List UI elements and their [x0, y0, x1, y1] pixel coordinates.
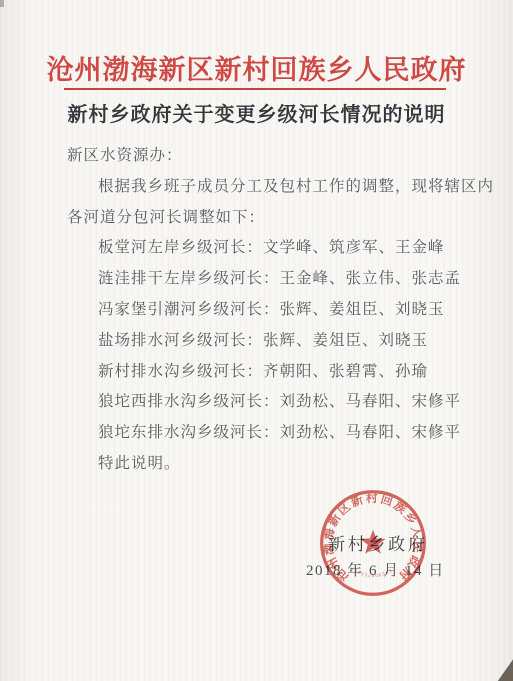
- scan-corner-mark-top-left: [0, 0, 4, 7]
- document-body: 新区水资源办： 根据我乡班子成员分工及包村工作的调整，现将辖区内 各河道分包河长…: [67, 141, 459, 480]
- scan-corner-mark-bottom-right: [497, 651, 513, 681]
- seal-star-icon: [360, 530, 385, 554]
- scanned-document-page: 沧州渤海新区新村回族乡人民政府 新村乡政府关于变更乡级河长情况的说明 新区水资源…: [0, 0, 513, 681]
- assignment-line: 涟洼排干左岸乡级河长：王金峰、张立伟、张志孟: [67, 264, 459, 295]
- title-divider-line: [64, 88, 446, 90]
- intro-line-1: 根据我乡班子成员分工及包村工作的调整，现将辖区内: [67, 172, 459, 203]
- intro-line-2: 各河道分包河长调整如下：: [67, 203, 459, 234]
- official-seal: 沧州渤海新区新村回族乡人民政府 130932000369: [316, 486, 430, 600]
- document-title: 沧州渤海新区新村回族乡人民政府: [0, 48, 513, 87]
- assignment-line: 盐场排水河乡级河长：张辉、姜俎臣、刘晓玉: [67, 326, 459, 357]
- document-subtitle: 新村乡政府关于变更乡级河长情况的说明: [0, 98, 513, 127]
- assignment-line: 狼坨西排水沟乡级河长：刘劲松、马春阳、宋修平: [67, 387, 459, 418]
- assignment-line: 狼坨东排水沟乡级河长：刘劲松、马春阳、宋修平: [67, 418, 459, 449]
- assignment-line: 新村排水沟乡级河长：齐朝阳、张碧霄、孙瑜: [67, 357, 459, 388]
- seal-serial-number: 130932000369: [350, 567, 394, 579]
- salutation-line: 新区水资源办：: [67, 141, 459, 172]
- svg-text:130932000369: 130932000369: [350, 567, 394, 579]
- closing-line: 特此说明。: [67, 449, 459, 480]
- assignment-line: 板堂河左岸乡级河长：文学峰、筑彦军、王金峰: [67, 233, 459, 264]
- assignment-line: 冯家堡引潮河乡级河长：张辉、姜俎臣、刘晓玉: [67, 295, 459, 326]
